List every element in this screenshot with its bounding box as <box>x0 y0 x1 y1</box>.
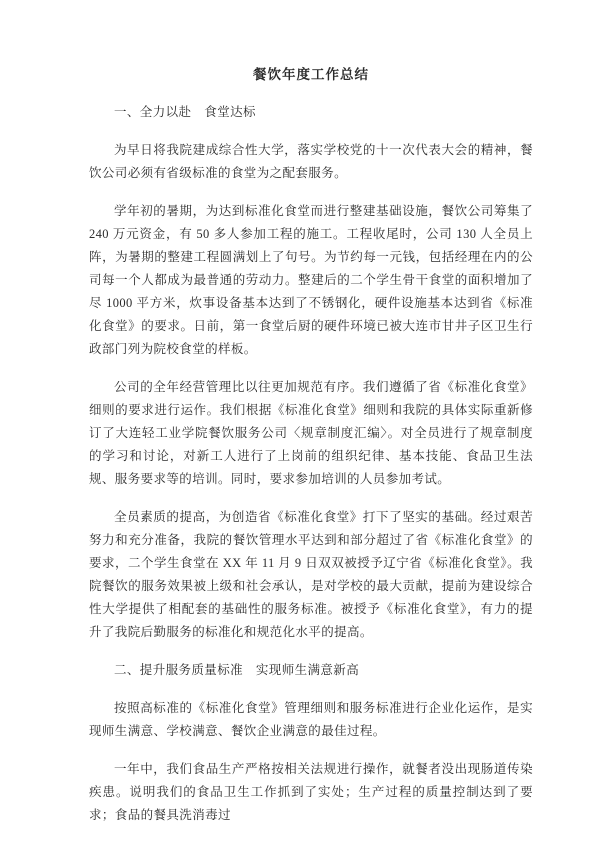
paragraph: 按照高标准的《标准化食堂》管理细则和服务标准进行企业化运作，是实现师生满意、学校… <box>89 697 533 743</box>
section-2-heading: 二、提升服务质量标准 实现师生满意新高 <box>89 659 533 682</box>
document-page: 餐饮年度工作总结 一、全力以赴 食堂达标 为早日将我院建成综合性大学，落实学校党… <box>0 0 595 842</box>
section-1-heading: 一、全力以赴 食堂达标 <box>89 101 533 124</box>
paragraph: 学年初的暑期，为达到标准化食堂而进行整建基础设施，餐饮公司筹集了 240 万元资… <box>89 200 533 361</box>
paragraph: 为早日将我院建成综合性大学，落实学校党的十一次代表大会的精神，餐饮公司必须有省级… <box>89 139 533 185</box>
paragraph: 一年中，我们食品生产严格按相关法规进行操作，就餐者没出现肠道传染疾患。说明我们的… <box>89 758 533 827</box>
paragraph: 公司的全年经营管理比以往更加规范有序。我们遵循了省《标准化食堂》细则的要求进行运… <box>89 376 533 491</box>
document-title: 餐饮年度工作总结 <box>89 63 533 86</box>
paragraph: 全员素质的提高，为创造省《标准化食堂》打下了坚实的基础。经过艰苦努力和充分准备，… <box>89 506 533 644</box>
